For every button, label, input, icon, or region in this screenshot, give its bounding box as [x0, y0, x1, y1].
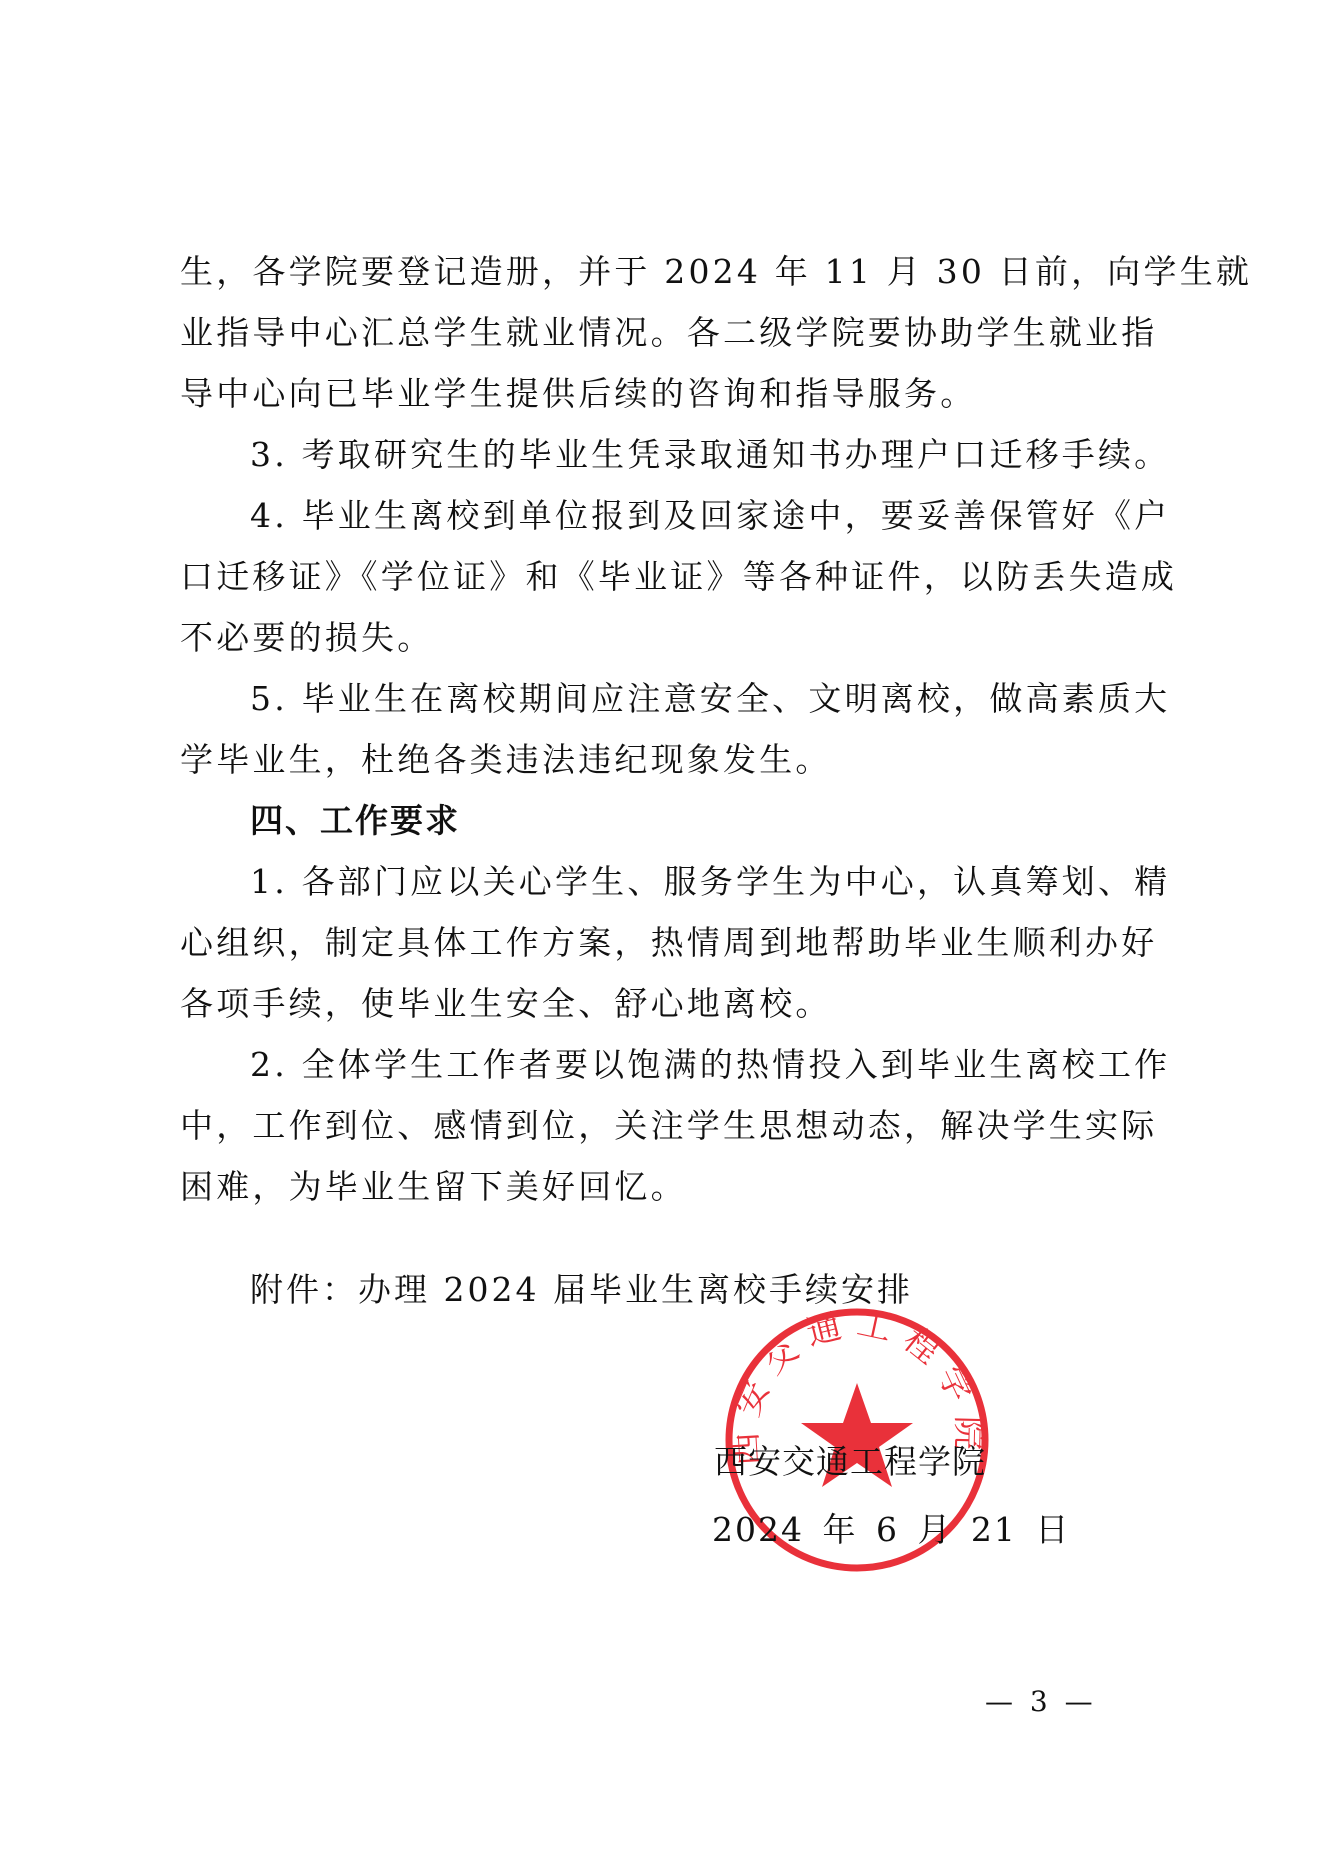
body-line: 导中心向已毕业学生提供后续的咨询和指导服务。 — [180, 374, 1150, 414]
body-line: 中，工作到位、感情到位，关注学生思想动态，解决学生实际 — [180, 1106, 1150, 1146]
section-heading: 四、工作要求 — [250, 801, 460, 841]
signature-date: 2024 年 6 月 21 日 — [712, 1510, 1070, 1550]
body-line: 心组织，制定具体工作方案，热情周到地帮助毕业生顺利办好 — [180, 923, 1150, 963]
body-line: 2. 全体学生工作者要以饱满的热情投入到毕业生离校工作 — [250, 1045, 1150, 1085]
body-line: 生，各学院要登记造册，并于 2024 年 11 月 30 日前，向学生就 — [180, 252, 1150, 292]
attachment-note: 附件：办理 2024 届毕业生离校手续安排 — [250, 1270, 913, 1310]
body-line: 不必要的损失。 — [180, 618, 1150, 658]
body-line: 5. 毕业生在离校期间应注意安全、文明离校，做高素质大 — [250, 679, 1150, 719]
body-line: 1. 各部门应以关心学生、服务学生为中心，认真筹划、精 — [250, 862, 1150, 902]
body-line: 3. 考取研究生的毕业生凭录取通知书办理户口迁移手续。 — [250, 435, 1150, 475]
signature-organization: 西安交通工程学院 — [714, 1442, 986, 1482]
document-page: 生，各学院要登记造册，并于 2024 年 11 月 30 日前，向学生就 业指导… — [0, 0, 1323, 1871]
body-line: 4. 毕业生离校到单位报到及回家途中，要妥善保管好《户 — [250, 496, 1150, 536]
body-line: 学毕业生，杜绝各类违法违纪现象发生。 — [180, 740, 1150, 780]
body-line: 口迁移证》《学位证》和《毕业证》等各种证件，以防丢失造成 — [180, 557, 1150, 597]
body-line: 各项手续，使毕业生安全、舒心地离校。 — [180, 984, 1150, 1024]
body-line: 困难，为毕业生留下美好回忆。 — [180, 1167, 1150, 1207]
body-line: 业指导中心汇总学生就业情况。各二级学院要协助学生就业指 — [180, 313, 1150, 353]
page-number: — 3 — — [985, 1685, 1097, 1719]
